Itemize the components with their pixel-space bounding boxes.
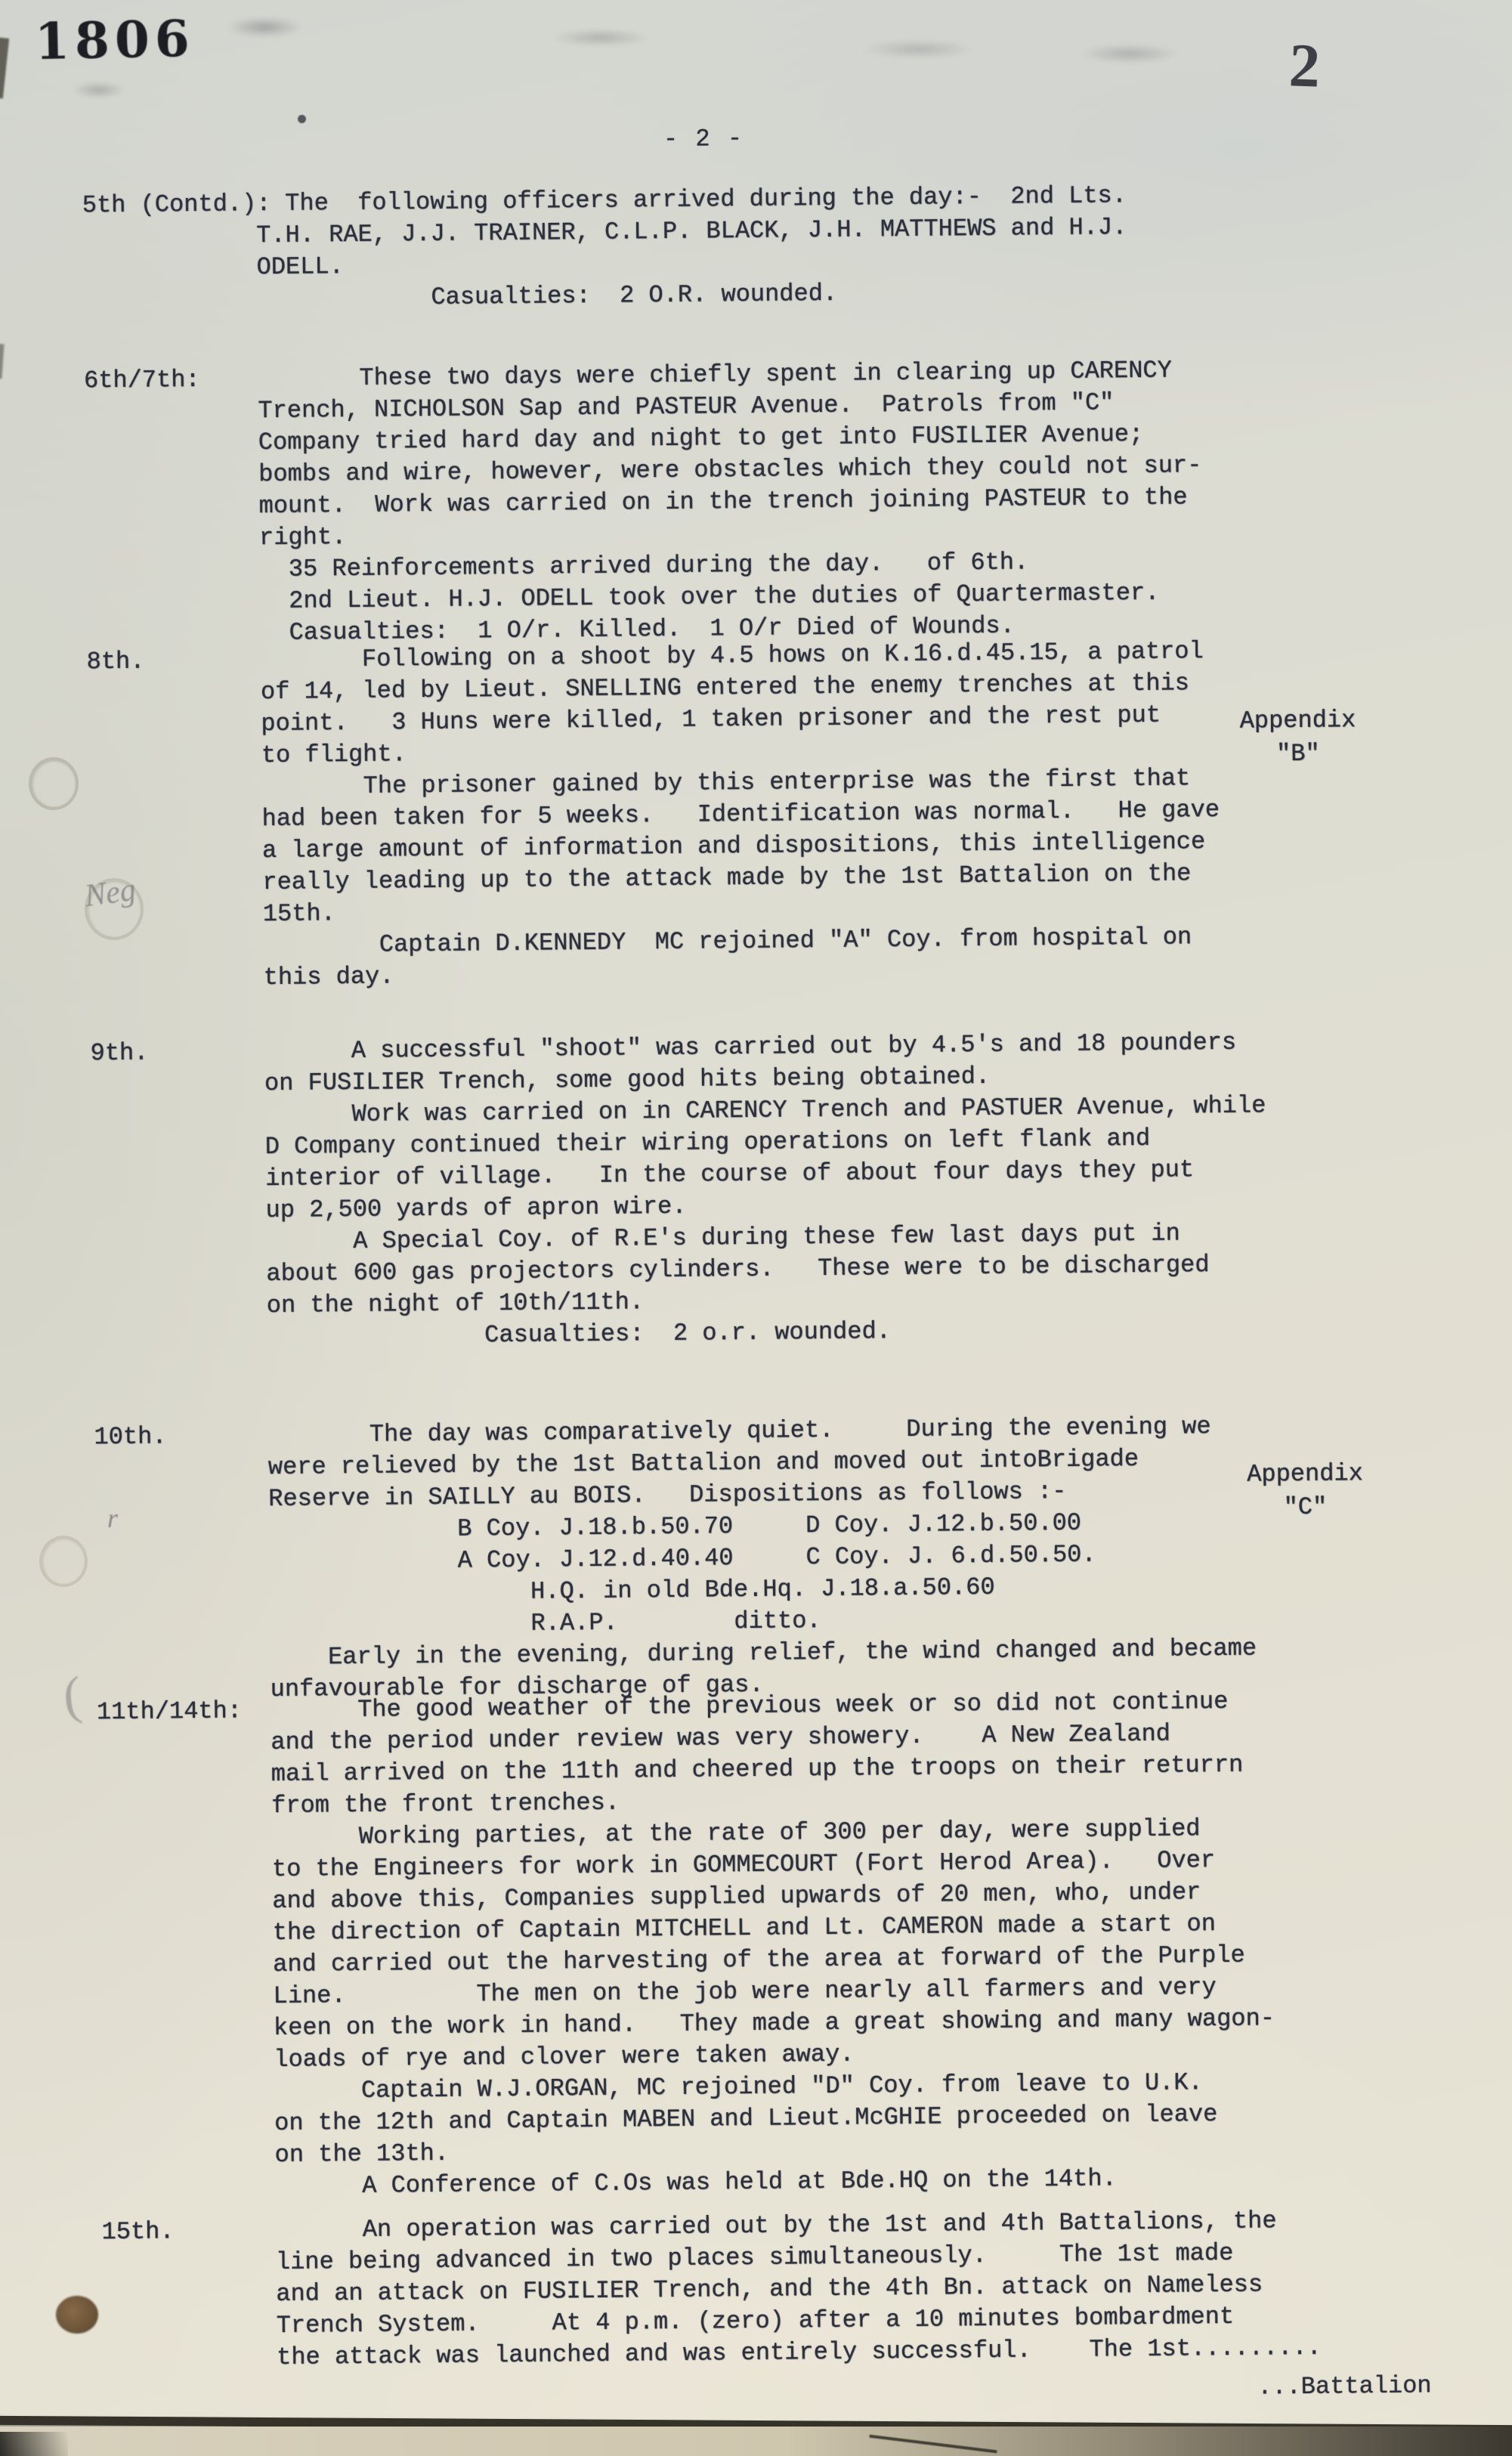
typed-content: - 2 - 5th (Contd.): The following office… [0,0,1512,2416]
stain-spot [56,2296,98,2334]
entry-body: A successful "shoot" was carried out by … [264,1024,1503,1353]
handwritten-margin-mark: r [107,1502,118,1534]
smudge-mark [1081,44,1179,63]
entry-date-label: 8th. [86,646,144,679]
diary-entry: 9th. A successful "shoot" was carried ou… [0,1024,1503,1356]
entry-date-label: 9th. [90,1038,148,1070]
appendix-margin-note: Appendix"C" [1241,1457,1370,1525]
continuation-marker: ...Battalion [1,2369,1512,2415]
entry-date-label: 15th. [101,2216,174,2248]
entry-body: The good weather of the previous week or… [271,1683,1511,2203]
margin-note-line: Appendix [1233,704,1362,738]
smudge-mark [861,39,975,59]
punch-hole [85,878,144,940]
diary-entry: 15th. An operation was carried out by th… [0,2203,1512,2376]
punch-hole [39,1536,88,1587]
entry-body: Following on a shoot by 4.5 hows on K.16… [260,633,1499,994]
underlying-sheet [0,2427,1512,2456]
entry-date-label: 5th (Contd.): [82,188,271,221]
entry-date-label: 11th/14th: [97,1695,242,1728]
entry-date-label: 10th. [94,1421,166,1453]
diary-entry: 10th. The day was comparatively quiet. D… [0,1408,1507,1708]
entry-date-label: 6th/7th: [84,364,200,397]
dark-corner [0,2432,68,2456]
diary-entry: 8th. Following on a shoot by 4.5 hows on… [0,633,1500,996]
entry-body: These two days were chiefly spent in cle… [258,351,1497,649]
war-diary-scan-page: 1806 2 - 2 - 5th (Contd.): The following… [0,0,1512,2456]
appendix-margin-note: Appendix"B" [1233,704,1362,772]
entry-body: An operation was carried out by the 1st … [275,2203,1512,2374]
ink-dot [298,115,306,123]
diary-entries: 5th (Contd.): The following officers arr… [0,176,1512,2376]
entry-body: The following officers arrived during th… [256,176,1494,315]
margin-note-line: Appendix [1241,1457,1369,1492]
smudge-mark [552,29,650,47]
diary-entry: 6th/7th: These two days were chiefly spe… [0,351,1496,651]
smudge-mark [73,82,125,98]
margin-note-line: "B" [1234,737,1362,772]
entry-body: The day was comparatively quiet. During … [267,1408,1507,1706]
diary-entry: 5th (Contd.): The following officers arr… [0,176,1493,317]
smudge-mark [227,17,302,38]
diary-entry: 11th/14th: The good weather of the previ… [0,1683,1511,2205]
margin-note-line: "C" [1241,1490,1369,1525]
punch-hole [29,757,79,810]
typed-page-number: - 2 - [663,116,1492,156]
